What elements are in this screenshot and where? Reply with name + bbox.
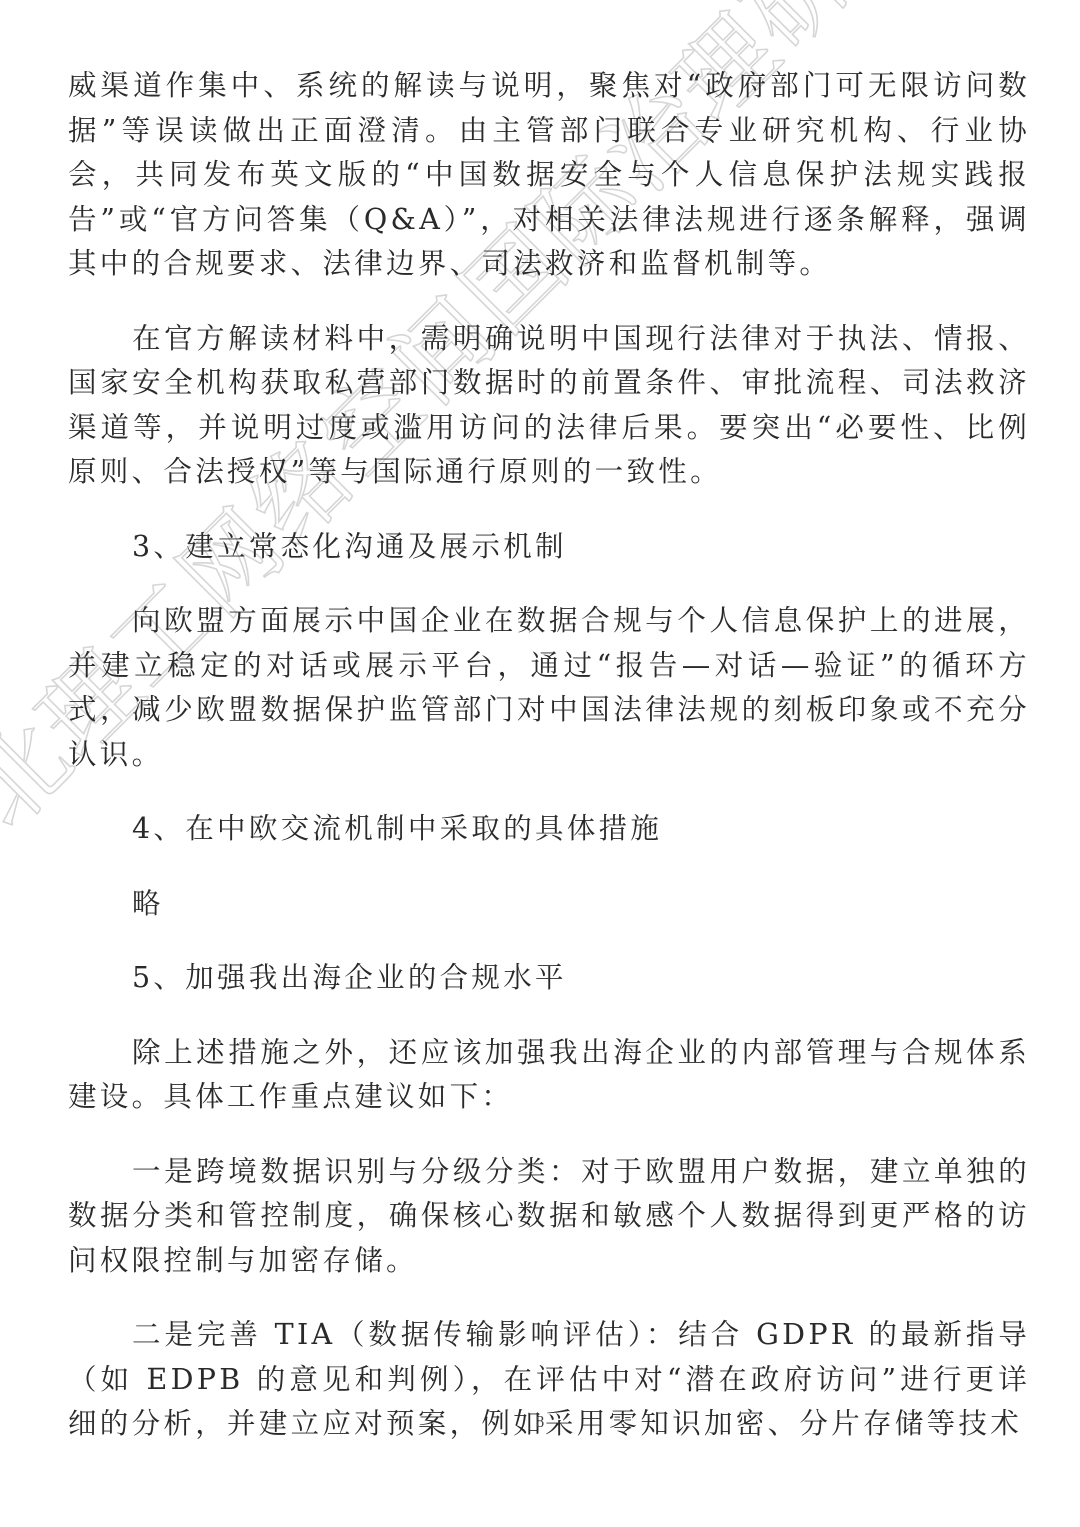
- paragraph-spacer: [68, 287, 1030, 317]
- paragraph-spacer: [68, 926, 1030, 956]
- document-page: 北理工网络空间国际治理研究基地 威渠道作集中、系统的解读与说明，聚焦对“政府部门…: [0, 0, 1080, 1527]
- paragraph-spacer: [68, 1120, 1030, 1150]
- paragraph-spacer: [68, 777, 1030, 807]
- paragraph-spacer: [68, 495, 1030, 525]
- section-heading-3: 3、建立常态化沟通及展示机制: [68, 525, 1030, 570]
- paragraph-spacer: [68, 1001, 1030, 1031]
- page-number: 8: [0, 1412, 1080, 1432]
- paragraph-spacer: [68, 852, 1030, 882]
- section-heading-4: 4、在中欧交流机制中采取的具体措施: [68, 807, 1030, 852]
- paragraph-omitted: 略: [68, 882, 1030, 927]
- paragraph-official-interpretation: 在官方解读材料中，需明确说明中国现行法律对于执法、情报、国家安全机构获取私营部门…: [68, 317, 1030, 495]
- paragraph-data-classification: 一是跨境数据识别与分级分类：对于欧盟用户数据，建立单独的数据分类和管控制度，确保…: [68, 1150, 1030, 1284]
- document-body: 威渠道作集中、系统的解读与说明，聚焦对“政府部门可无限访问数据”等误读做出正面澄…: [68, 64, 1030, 1447]
- paragraph-continuation: 威渠道作集中、系统的解读与说明，聚焦对“政府部门可无限访问数据”等误读做出正面澄…: [68, 64, 1030, 287]
- paragraph-spacer: [68, 569, 1030, 599]
- section-heading-5: 5、加强我出海企业的合规水平: [68, 956, 1030, 1001]
- paragraph-spacer: [68, 1283, 1030, 1313]
- paragraph-dialogue-mechanism: 向欧盟方面展示中国企业在数据合规与个人信息保护上的进展，并建立稳定的对话或展示平…: [68, 599, 1030, 777]
- paragraph-compliance-intro: 除上述措施之外，还应该加强我出海企业的内部管理与合规体系建设。具体工作重点建议如…: [68, 1031, 1030, 1120]
